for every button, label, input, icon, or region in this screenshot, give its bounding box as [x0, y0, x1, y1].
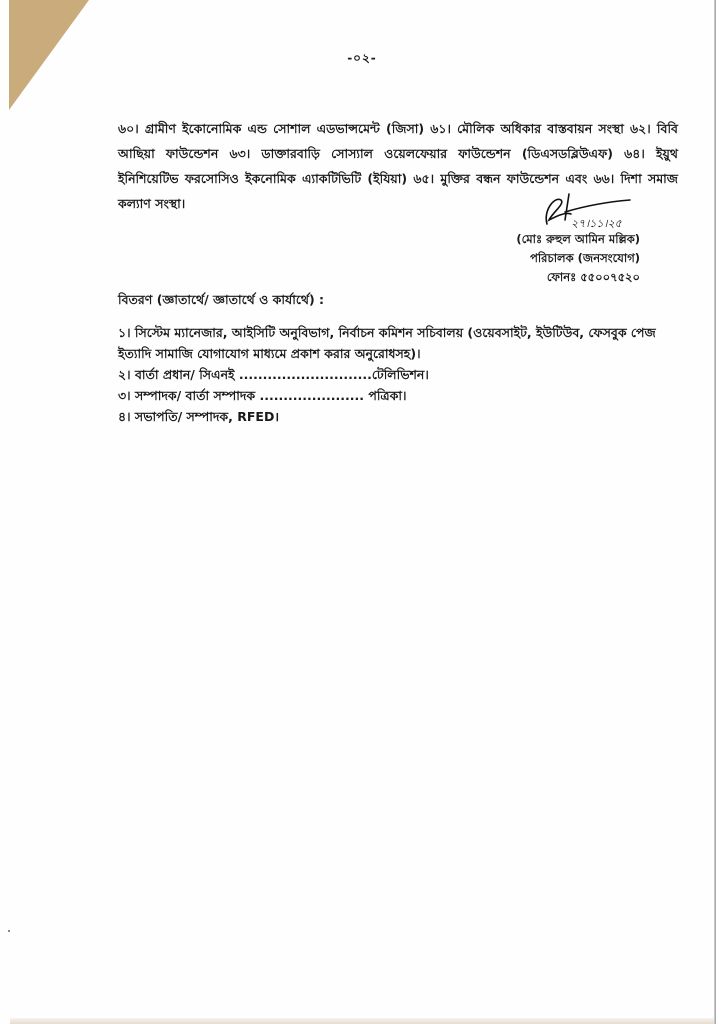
- distribution-item: ৩। সম্পাদক/ বার্তা সম্পাদক .............…: [118, 385, 678, 406]
- svg-text:২৭।১১।২৫: ২৭।১১।২৫: [571, 217, 623, 230]
- signatory-designation: পরিচালক (জনসংযোগ): [480, 249, 660, 268]
- page-right-margin: [716, 0, 724, 1024]
- distribution-item: ৪। সভাপতি/ সম্পাদক, RFED।: [118, 406, 678, 427]
- page-bottom-edge: [10, 1018, 714, 1024]
- signatory-phone: ফোনঃ ৫৫০০৭৫২০: [480, 268, 660, 287]
- distribution-item: ২। বার্তা প্রধান/ সিএনই ................…: [118, 364, 678, 385]
- distribution-heading: বিতরণ (জ্ঞাতার্থে/ জ্ঞাতার্থে ও কার্যার্…: [118, 290, 678, 310]
- page-number: -০২-: [0, 50, 724, 70]
- signatory-name: (মোঃ রুহুল আমিন মল্লিক): [480, 230, 660, 249]
- page-edge: [714, 0, 716, 1024]
- scan-speck: [8, 930, 10, 932]
- signature-scribble-icon: ২৭।১১।২৫: [535, 190, 635, 230]
- handwritten-signature: ২৭।১১।২৫: [480, 190, 660, 230]
- distribution-item: ১। সিস্টেম ম্যানেজার, আইসিটি অনুবিভাগ, ন…: [118, 322, 678, 364]
- signature-block: ২৭।১১।২৫ (মোঃ রুহুল আমিন মল্লিক) পরিচালক…: [480, 190, 660, 287]
- scanned-document-page: -০২- ৬০। গ্রামীণ ইকোনোমিক এন্ড সোশাল এডভ…: [0, 0, 724, 1024]
- distribution-section: বিতরণ (জ্ঞাতার্থে/ জ্ঞাতার্থে ও কার্যার্…: [118, 290, 678, 427]
